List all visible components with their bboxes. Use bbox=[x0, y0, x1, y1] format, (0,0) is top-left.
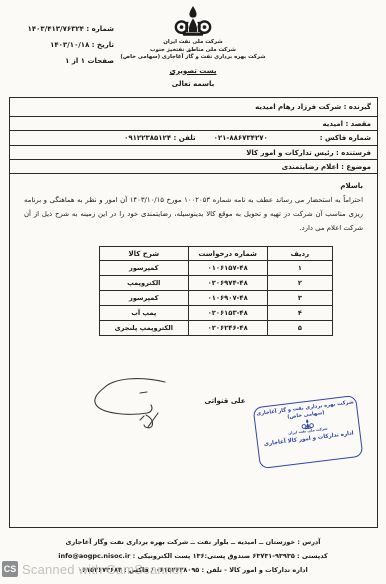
salutation: باسلام bbox=[10, 174, 377, 190]
request-number: ۰۲۰۶۲۴۶-۴۸ bbox=[188, 321, 267, 336]
letter-body-box: گیرنده : شرکت فرزاد رهام امیدیه مقصد : ا… bbox=[9, 97, 378, 528]
fax-label: شماره فاکس : bbox=[320, 134, 371, 142]
signature-icon bbox=[88, 374, 173, 432]
destination-value: مقصد : امیدیه bbox=[323, 120, 372, 128]
table-row: ۴۰۲۰۶۱۵۳-۴۸پمپ آب bbox=[100, 306, 333, 321]
letter-paragraph: احتراماً به استحضار می رساند عطف به نامه… bbox=[10, 190, 377, 235]
subject-row: موضوع : اعلام رضایتمندی bbox=[10, 160, 377, 174]
request-number: ۰۲۰۶۱۵۳-۴۸ bbox=[188, 306, 267, 321]
table-row: ۳۰۱۰۶۹۰۷-۴۸کمپرسور bbox=[100, 291, 333, 306]
table-row: ۲۰۲۰۶۹۷۴-۴۸الکتروپمپ bbox=[100, 276, 333, 291]
request-number: ۰۱۰۶۹۰۷-۴۸ bbox=[188, 291, 267, 306]
invocation-label: باسمه تعالی bbox=[83, 80, 303, 88]
request-number: ۰۲۰۶۹۷۴-۴۸ bbox=[188, 276, 267, 291]
recipient-row: گیرنده : شرکت فرزاد رهام امیدیه bbox=[10, 98, 377, 117]
scanned-letter-page: شماره : ۱۴۰۳/۴۱۳/۷۶۳۲۴ تاریخ : ۱۴۰۳/۱۰/۱… bbox=[0, 0, 386, 584]
letterhead-regional-company: شرکت ملی مناطق نفتخیز جنوب bbox=[83, 47, 303, 55]
goods-description: پمپ آب bbox=[100, 306, 189, 321]
goods-description: کمپرسور bbox=[100, 291, 189, 306]
row-number: ۳ bbox=[267, 291, 332, 306]
table-row: ۱۰۱۰۶۱۵۷-۴۸کمپرسور bbox=[100, 261, 333, 276]
table-row: ۵۰۲۰۶۲۴۶-۴۸الکتروپمپ پلنجری bbox=[100, 321, 333, 336]
row-number: ۴ bbox=[267, 306, 332, 321]
header-row-number: ردیف bbox=[267, 247, 332, 261]
sender-row: فرستنده : رئیس تدارکات و امور کالا bbox=[10, 146, 377, 160]
office-stamp: شرکت بهره برداری نفت و گاز آغاجاری (سهام… bbox=[253, 395, 364, 469]
recipient-value: گیرنده : شرکت فرزاد رهام امیدیه bbox=[255, 103, 371, 111]
subject-value: موضوع : اعلام رضایتمندی bbox=[282, 163, 371, 171]
row-number: ۱ bbox=[267, 261, 332, 276]
signer-name: علی قنواتی bbox=[196, 397, 254, 405]
header-request-number: شماره درخواست bbox=[188, 247, 267, 261]
request-number: ۰۱۰۶۱۵۷-۴۸ bbox=[188, 261, 267, 276]
goods-table-body: ۱۰۱۰۶۱۵۷-۴۸کمپرسور۲۰۲۰۶۹۷۴-۴۸الکتروپمپ۳۰… bbox=[100, 261, 333, 336]
goods-description: کمپرسور bbox=[100, 261, 189, 276]
letterhead-operating-company: شرکت بهره برداری نفت و گاز آغاجاری (سهام… bbox=[83, 54, 303, 62]
table-header-row: ردیف شماره درخواست شرح کالا bbox=[100, 247, 333, 261]
sender-value: فرستنده : رئیس تدارکات و امور کالا bbox=[246, 149, 371, 157]
header-goods-description: شرح کالا bbox=[100, 247, 189, 261]
letterhead: شرکت ملی نفت ایران شرکت ملی مناطق نفتخیز… bbox=[83, 6, 303, 88]
footer-address: آدرس : خوزستان ــ امیدیه ــ بلوار نفت ــ… bbox=[0, 535, 386, 549]
cs-logo-icon: CS bbox=[2, 561, 18, 577]
destination-row: مقصد : امیدیه bbox=[10, 117, 377, 131]
goods-table: ردیف شماره درخواست شرح کالا ۱۰۱۰۶۱۵۷-۴۸ک… bbox=[99, 246, 333, 336]
camscanner-text: Scanned with CamScanner bbox=[22, 562, 184, 577]
nioc-logo-icon bbox=[171, 6, 215, 39]
goods-description: الکتروپمپ bbox=[100, 276, 189, 291]
goods-description: الکتروپمپ پلنجری bbox=[100, 321, 189, 336]
camscanner-watermark: CS Scanned with CamScanner bbox=[2, 561, 184, 577]
transmission-type-label: پست تصویری bbox=[83, 67, 303, 75]
letterhead-parent-company: شرکت ملی نفت ایران bbox=[83, 39, 303, 47]
phone-number: تلفن : ۰۹۱۲۲۳۸۵۱۲۴ bbox=[124, 134, 196, 142]
fax-phone-row: شماره فاکس : ۰۲۱-۸۸۶۷۳۴۲۷۰ تلفن : ۰۹۱۲۲۳… bbox=[10, 131, 377, 146]
row-number: ۲ bbox=[267, 276, 332, 291]
fax-number: ۰۲۱-۸۸۶۷۳۴۲۷۰ bbox=[214, 134, 268, 142]
row-number: ۵ bbox=[267, 321, 332, 336]
